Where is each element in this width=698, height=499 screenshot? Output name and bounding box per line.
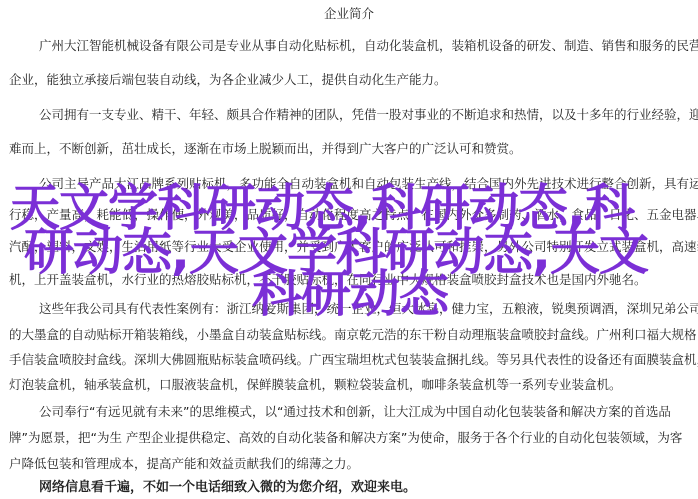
watermark-line: 科研动态 <box>252 268 448 320</box>
page-title: 企业简介 <box>0 6 698 22</box>
paragraph-line: 手信装盒喷胶封盒线。深圳大佛圆瓶贴标装盒喷码线。广西宝瑞坦枕式包装装盒捆扎线。等… <box>9 352 698 368</box>
paragraph-line: 的大墨盒的自动贴标开箱装箱线，小墨盒自动装盒贴标线。南京乾元浩的东干粉自动理瓶装… <box>9 327 697 343</box>
paragraph-line: 灯泡装盒机，轴承装盒机，口服液装盒机，保鲜膜装盒机，颗粒袋装盒机，咖啡条装盒机等… <box>9 377 622 393</box>
paragraph-line: 公司奉行“有远见就有未来”的思维模式，以“通过技术和创新，让大江成为中国自动化包… <box>39 404 671 420</box>
paragraph-line: 广州大江智能机械设备有限公司是专业从事自动化贴标机，自动化装盒机，装箱机设备的研… <box>39 38 698 54</box>
paragraph-line: 企业，能独立承接后端包装自动线，为各企业减少人工，提供自动化生产能力。 <box>9 72 447 88</box>
closing-line: 网络信息看千遍，不如一个电话细致入微的为您介绍，欢迎来电。 <box>39 480 416 496</box>
paragraph-line: 户降低包装和管理成本，提高产能和效益贡献我们的绵薄之力。 <box>9 456 359 472</box>
paragraph-line: 牌”为愿景，把“为生 产型企业提供稳定、高效的自动化装备和解决方案”为使命，服务… <box>9 430 682 446</box>
paragraph-line: 难而上，不断创新，茁壮成长，逐渐在市场上脱颖而出，并得到广大客户的广泛认可和赞赏… <box>9 141 522 157</box>
paragraph-line: 公司拥有一支专业、精干、年轻、颇具合作精神的团队，凭借一股对事业的不断追求和热情… <box>39 107 698 123</box>
